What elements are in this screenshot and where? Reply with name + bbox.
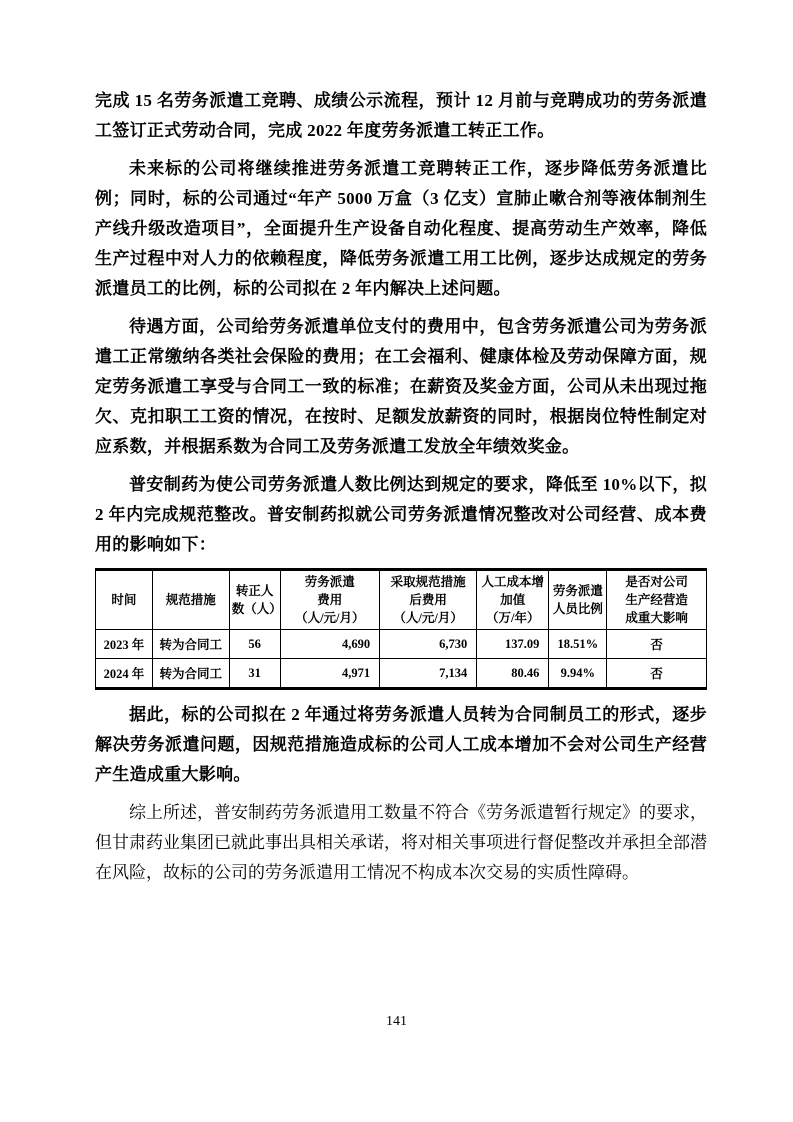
paragraph-treatment: 待遇方面，公司给劳务派遣单位支付的费用中，包含劳务派遣公司为劳务派遣工正常缴纳各… xyxy=(95,312,707,462)
header-dispatch-cost: 劳务派遣 费用 （人/元/月） xyxy=(280,570,380,630)
header-labor-cost-increase: 人工成本增 加值 （万/年） xyxy=(477,570,549,630)
cell-measure: 转为合同工 xyxy=(152,630,229,659)
header-cost-after-measures: 采取规范措施 后费用 （人/元/月） xyxy=(380,570,477,630)
cell-labor-cost-increase: 80.46 xyxy=(477,659,549,689)
cell-measure: 转为合同工 xyxy=(152,659,229,689)
document-content: 完成 15 名劳务派遣工竞聘、成绩公示流程，预计 12 月前与竞聘成功的劳务派遣… xyxy=(95,86,707,896)
table-row-2023: 2023 年 转为合同工 56 4,690 6,730 137.09 18.51… xyxy=(96,630,707,659)
paragraph-continuation: 完成 15 名劳务派遣工竞聘、成绩公示流程，预计 12 月前与竞聘成功的劳务派遣… xyxy=(95,86,707,146)
cell-major-impact: 否 xyxy=(607,630,707,659)
cell-dispatch-ratio: 18.51% xyxy=(549,630,607,659)
labor-dispatch-rectification-table: 时间 规范措施 转正人 数（人） 劳务派遣 费用 （人/元/月） 采取规范措施 … xyxy=(95,568,707,690)
header-time: 时间 xyxy=(96,570,153,630)
cell-time: 2023 年 xyxy=(96,630,153,659)
cell-dispatch-ratio: 9.94% xyxy=(549,659,607,689)
header-dispatch-ratio: 劳务派遣 人员比例 xyxy=(549,570,607,630)
cell-cost-after-measures: 6,730 xyxy=(380,630,477,659)
header-major-impact: 是否对公司 生产经营造 成重大影响 xyxy=(607,570,707,630)
cell-dispatch-cost: 4,690 xyxy=(280,630,380,659)
cell-dispatch-cost: 4,971 xyxy=(280,659,380,689)
paragraph-rectification-intro: 普安制药为使公司劳务派遣人数比例达到规定的要求，降低至 10%以下，拟 2 年内… xyxy=(95,470,707,560)
paragraph-conclusion-table: 据此，标的公司拟在 2 年通过将劳务派遣人员转为合同制员工的形式，逐步解决劳务派… xyxy=(95,700,707,790)
table-row-2024: 2024 年 转为合同工 31 4,971 7,134 80.46 9.94% … xyxy=(96,659,707,689)
paragraph-future-plan: 未来标的公司将继续推进劳务派遣工竞聘转正工作，逐步降低劳务派遣比例；同时，标的公… xyxy=(95,154,707,304)
cell-time: 2024 年 xyxy=(96,659,153,689)
cell-converted-count: 56 xyxy=(229,630,280,659)
cell-converted-count: 31 xyxy=(229,659,280,689)
cell-cost-after-measures: 7,134 xyxy=(380,659,477,689)
table-header-row: 时间 规范措施 转正人 数（人） 劳务派遣 费用 （人/元/月） 采取规范措施 … xyxy=(96,570,707,630)
page-number: 141 xyxy=(0,1014,793,1030)
header-measure: 规范措施 xyxy=(152,570,229,630)
document-page: 完成 15 名劳务派遣工竞聘、成绩公示流程，预计 12 月前与竞聘成功的劳务派遣… xyxy=(0,0,793,1122)
cell-labor-cost-increase: 137.09 xyxy=(477,630,549,659)
header-converted-count: 转正人 数（人） xyxy=(229,570,280,630)
cell-major-impact: 否 xyxy=(607,659,707,689)
paragraph-summary: 综上所述，普安制药劳务派遣用工数量不符合《劳务派遣暂行规定》的要求，但甘肃药业集… xyxy=(95,798,707,888)
